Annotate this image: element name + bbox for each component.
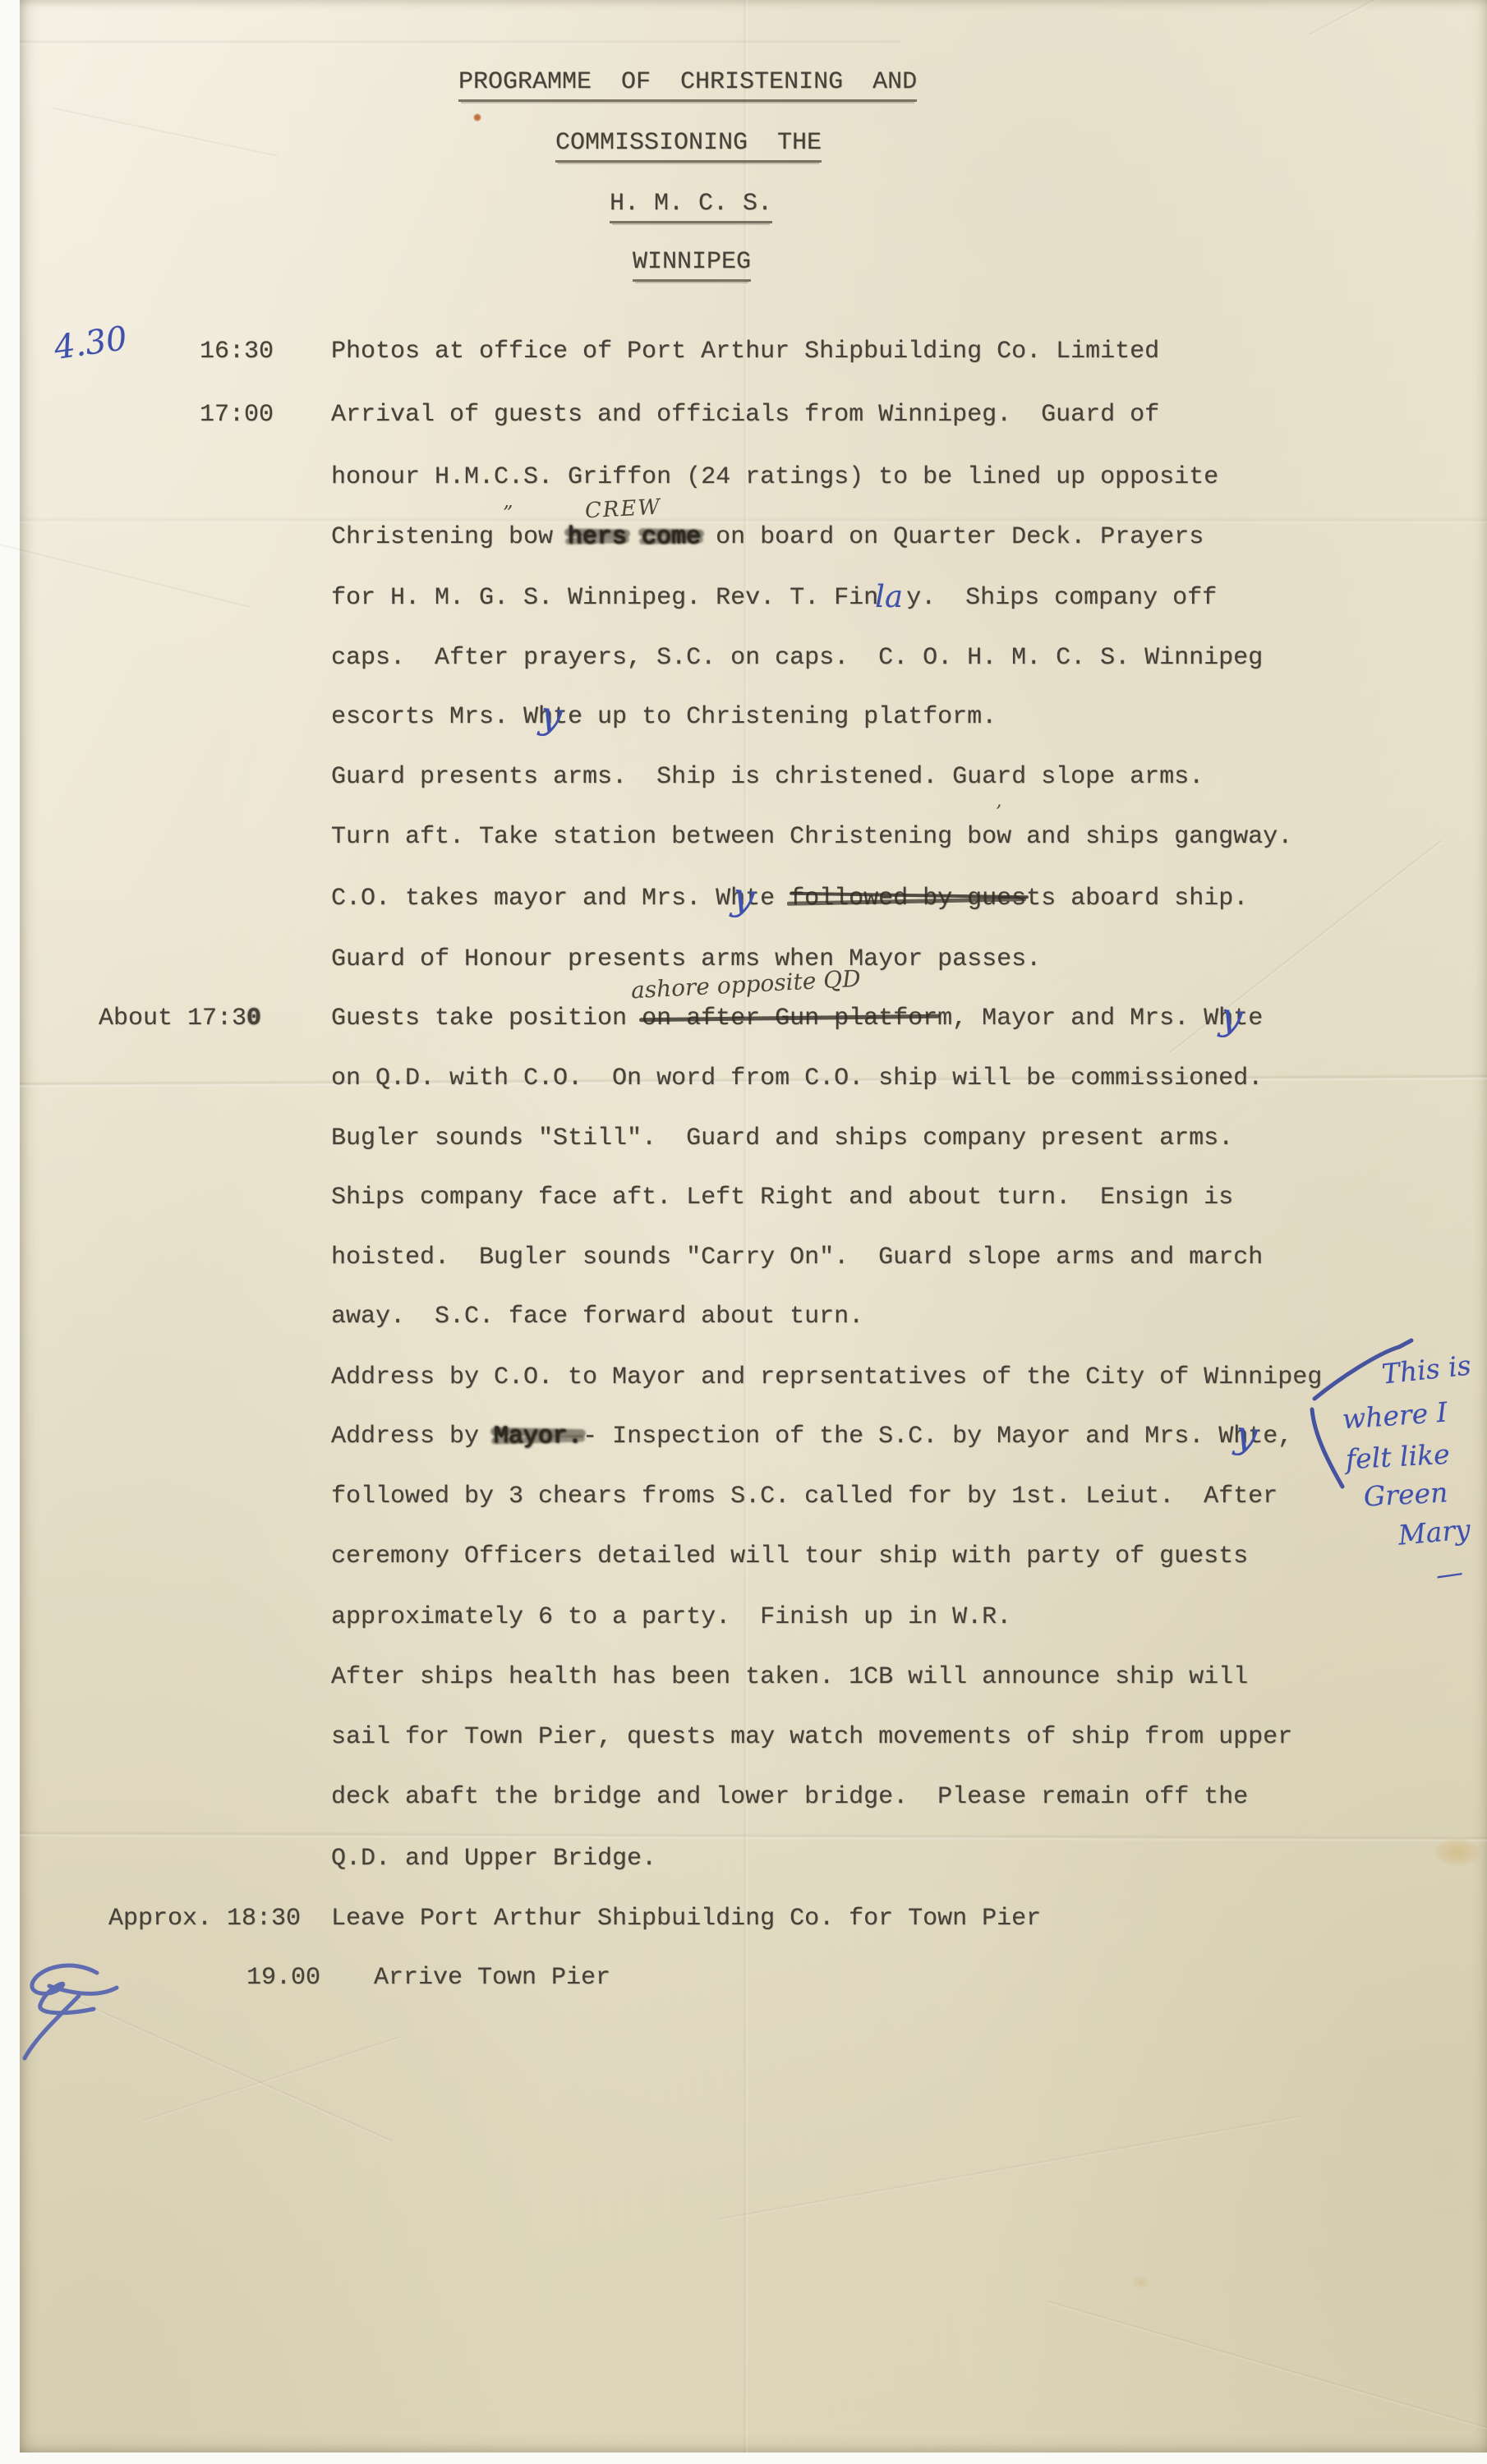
text-segment: escorts Mrs. Wh xyxy=(331,703,553,731)
schedule-line: Guard presents arms. Ship is christened.… xyxy=(331,764,1204,791)
schedule-line: Address by C.O. to Mayor and reprsentati… xyxy=(331,1364,1322,1391)
time-label: Approx. 18:30 xyxy=(108,1905,301,1933)
title-line-4: WINNIPEG xyxy=(633,249,751,276)
schedule-line: approximately 6 to a party. Finish up in… xyxy=(331,1604,1011,1631)
time-label: 16:30 xyxy=(200,338,274,365)
text-segment: Guests take position xyxy=(331,1004,642,1032)
ink-insert-glyph: y xyxy=(1236,1433,1257,1436)
text-segment: y. Ships company off xyxy=(906,584,1217,612)
margin-note-line: Mary xyxy=(1397,1515,1471,1553)
text-segment: Photos at office of Port Arthur Shipbuil… xyxy=(331,338,1159,365)
text-segment: Q.D. and Upper Bridge. xyxy=(331,1845,656,1873)
text-segment: la xyxy=(878,585,906,612)
text-segment: on board on Quarter Deck. Prayers xyxy=(701,523,1204,551)
schedule-line: on Q.D. with C.O. On word from C.O. ship… xyxy=(331,1065,1263,1092)
schedule-line: escorts Mrs. Whyte up to Christening pla… xyxy=(331,704,997,731)
text-segment: caps. After prayers, S.C. on caps. C. O.… xyxy=(331,644,1263,672)
schedule-line: Turn aft. Take station between Christeni… xyxy=(331,824,1292,851)
fold-line xyxy=(743,0,748,2453)
title-line-2: COMMISSIONING THE xyxy=(555,130,822,157)
schedule-line: Leave Port Arthur Shipbuilding Co. for T… xyxy=(331,1905,1041,1933)
margin-note-line: — xyxy=(1434,1557,1465,1593)
text-segment: COMMISSIONING THE xyxy=(555,129,822,163)
margin-note-line: Green xyxy=(1363,1478,1448,1515)
time-label: About 17:30 xyxy=(99,1005,261,1032)
text-segment: ’ xyxy=(996,802,1001,823)
text-segment: Mayor. xyxy=(494,1423,582,1450)
title-line-1: PROGRAMME OF CHRISTENING AND xyxy=(458,69,917,96)
schedule-line: honour H.M.C.S. Griffon (24 ratings) to … xyxy=(331,464,1218,491)
text-segment: PROGRAMME OF CHRISTENING AND xyxy=(458,68,917,102)
text-segment: hoisted. Bugler sounds "Carry On". Guard… xyxy=(331,1243,1263,1271)
crease-line xyxy=(1309,0,1487,37)
schedule-line: Arrival of guests and officials from Win… xyxy=(331,402,1159,429)
text-segment: hers xyxy=(568,523,627,551)
text-segment: C.O. takes mayor and Mrs. Wh xyxy=(331,885,745,913)
text-segment: for H. M. G. S. Winnipeg. Rev. T. Fin xyxy=(331,584,878,612)
text-segment: After ships health has been taken. 1CB w… xyxy=(331,1663,1248,1691)
text-segment: Address by xyxy=(331,1423,494,1450)
schedule-line: hoisted. Bugler sounds "Carry On". Guard… xyxy=(331,1244,1263,1271)
ink-insert-glyph: y xyxy=(733,895,754,898)
schedule-line: After ships health has been taken. 1CB w… xyxy=(331,1664,1248,1691)
text-segment: Green xyxy=(1363,1476,1448,1512)
schedule-line: for H. M. G. S. Winnipeg. Rev. T. Finlay… xyxy=(331,585,1217,612)
text-segment: Ships company face aft. Left Right and a… xyxy=(331,1184,1233,1211)
text-segment: Arrive Town Pier xyxy=(374,1964,610,1992)
text-segment: Mary xyxy=(1397,1513,1471,1551)
text-segment: deck abaft the bridge and lower bridge. … xyxy=(331,1783,1248,1811)
title-line-3: H. M. C. S. xyxy=(610,191,772,218)
text-segment: ” xyxy=(503,502,513,525)
text-segment: m, Mayor and Mrs. Wh xyxy=(937,1004,1233,1032)
text-segment: Address by C.O. to Mayor and reprsentati… xyxy=(331,1363,1322,1391)
margin-note-line: felt like xyxy=(1345,1440,1451,1478)
text-segment: away. S.C. face forward about turn. xyxy=(331,1303,863,1331)
schedule-line: sail for Town Pier, quests may watch mov… xyxy=(331,1724,1292,1751)
schedule-line: deck abaft the bridge and lower bridge. … xyxy=(331,1784,1248,1811)
text-segment: te up to Christening platform. xyxy=(553,703,997,731)
text-segment: Christening bow xyxy=(331,523,568,551)
crease-line xyxy=(0,542,251,609)
schedule-line: Guard of Honour presents arms when Mayor… xyxy=(331,946,1041,973)
text-segment: Approx. 18:30 xyxy=(108,1905,301,1933)
crease-line xyxy=(52,107,278,159)
text-segment xyxy=(627,523,642,551)
schedule-line: C.O. takes mayor and Mrs. Whyte followed… xyxy=(331,885,1248,913)
text-segment: CREW xyxy=(584,495,662,524)
handwritten-crew-note: CREW xyxy=(584,496,662,524)
paper-stain xyxy=(473,113,481,122)
text-segment: felt like xyxy=(1345,1438,1451,1476)
text-segment: Guard presents arms. Ship is christened.… xyxy=(331,763,1204,791)
schedule-line: Photos at office of Port Arthur Shipbuil… xyxy=(331,338,1159,365)
schedule-line: Arrive Town Pier xyxy=(374,1965,610,1992)
paper-stain xyxy=(1434,1838,1480,1866)
fold-line xyxy=(20,1831,1487,1842)
schedule-line: Address by Mayor.- Inspection of the S.C… xyxy=(331,1423,1292,1450)
text-segment: approximately 6 to a party. Finish up in… xyxy=(331,1603,1011,1631)
text-segment: on Q.D. with C.O. On word from C.O. ship… xyxy=(331,1064,1263,1092)
text-segment: ceremony Officers detailed will tour shi… xyxy=(331,1542,1248,1570)
paper-stain xyxy=(1130,2275,1152,2290)
schedule-line: Q.D. and Upper Bridge. xyxy=(331,1846,656,1873)
crease-line xyxy=(718,2115,1301,2222)
text-segment: on after Gun platfor xyxy=(642,1004,937,1032)
pencil-mark: ’ xyxy=(996,803,1001,824)
text-segment: where I xyxy=(1342,1396,1448,1436)
text-segment: Bugler sounds "Still". Guard and ships c… xyxy=(331,1124,1233,1152)
time-label: 19.00 xyxy=(246,1965,320,1992)
text-segment: sail for Town Pier, quests may watch mov… xyxy=(331,1723,1292,1751)
schedule-line: Ships company face aft. Left Right and a… xyxy=(331,1184,1233,1211)
text-segment: Arrival of guests and officials from Win… xyxy=(331,401,1159,429)
text-segment: 16:30 xyxy=(200,338,274,365)
text-segment: - Inspection of the S.C. by Mayor and Mr… xyxy=(582,1423,1248,1450)
schedule-line: caps. After prayers, S.C. on caps. C. O.… xyxy=(331,645,1263,672)
time-label: 17:00 xyxy=(200,402,274,429)
text-segment: WINNIPEG xyxy=(633,248,751,282)
text-segment: Guard of Honour presents arms when Mayor… xyxy=(331,945,1041,973)
text-segment: H. M. C. S. xyxy=(610,190,772,223)
text-segment: come xyxy=(642,523,701,551)
scan-background: { "colors":{"paper":"#ece5d0","scan_back… xyxy=(0,0,1487,2464)
text-segment: 0 xyxy=(246,1004,261,1032)
schedule-line: Christening bow hers come on board on Qu… xyxy=(331,524,1204,551)
schedule-line: followed by 3 chears froms S.C. called f… xyxy=(331,1483,1278,1510)
schedule-line: away. S.C. face forward about turn. xyxy=(331,1303,863,1331)
crease-line xyxy=(1046,2300,1487,2430)
text-segment: Turn aft. Take station between Christeni… xyxy=(331,823,1292,851)
schedule-line: Bugler sounds "Still". Guard and ships c… xyxy=(331,1125,1233,1152)
text-segment: ts aboard ship. xyxy=(1026,885,1248,913)
text-segment: 19.00 xyxy=(246,1964,320,1992)
ink-insert-glyph: y xyxy=(1221,1015,1242,1018)
ink-insert-glyph: y xyxy=(541,714,562,716)
text-segment: Leave Port Arthur Shipbuilding Co. for T… xyxy=(331,1905,1041,1933)
text-segment: 17:00 xyxy=(200,401,274,429)
schedule-line: ceremony Officers detailed will tour shi… xyxy=(331,1543,1248,1570)
schedule-line: Guests take position on after Gun platfo… xyxy=(331,1005,1263,1032)
fold-line xyxy=(20,39,900,46)
text-segment: followed by gues xyxy=(790,885,1026,913)
text-segment: About 17:3 xyxy=(99,1004,246,1032)
text-segment: — xyxy=(1434,1556,1465,1591)
text-segment: followed by 3 chears froms S.C. called f… xyxy=(331,1483,1278,1510)
crease-line xyxy=(68,1996,393,2143)
paper-sheet xyxy=(20,0,1487,2453)
text-segment: honour H.M.C.S. Griffon (24 ratings) to … xyxy=(331,463,1218,491)
crease-line xyxy=(142,2035,401,2123)
